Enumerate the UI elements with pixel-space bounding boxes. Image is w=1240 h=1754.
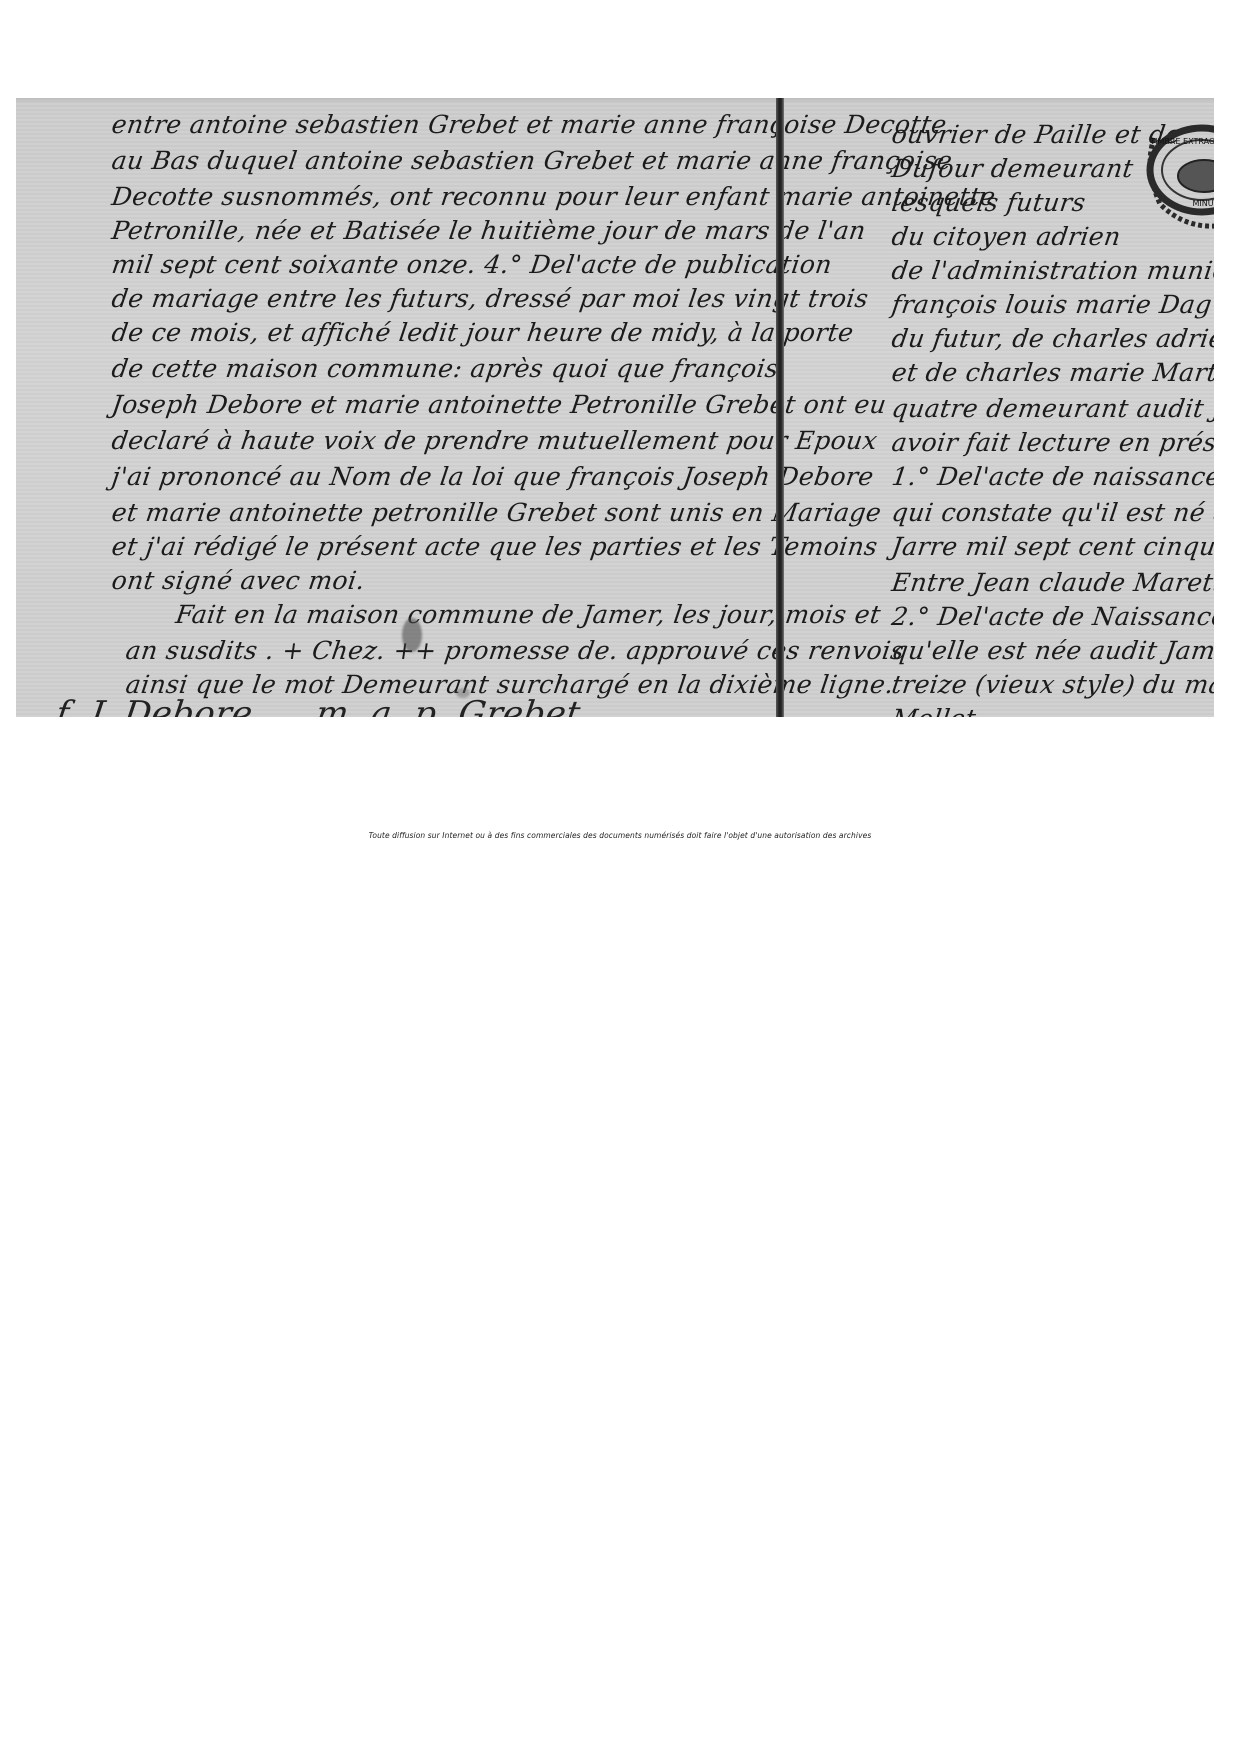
- handwritten-line: et j'ai rédigé le présent acte que les p…: [110, 532, 880, 561]
- ink-stain: [456, 688, 470, 698]
- handwritten-line: avoir fait lecture en présence de: [890, 428, 1214, 457]
- handwritten-line: 1.° Del'acte de naissance de J: [890, 462, 1214, 491]
- copyright-notice: Toute diffusion sur Internet ou à des fi…: [0, 831, 1240, 840]
- signature-groom: f. J. Debore: [53, 694, 255, 717]
- handwritten-line: et marie antoinette petronille Grebet so…: [110, 498, 883, 527]
- svg-text:MINUTE: MINUTE: [1192, 199, 1214, 208]
- handwritten-line: du citoyen adrien: [890, 222, 1123, 251]
- handwritten-line: treize (vieux style) du mariage: [890, 670, 1214, 699]
- right-page: ouvrier de Paille et de Dufour demeurant…: [784, 98, 1214, 717]
- handwritten-line: du futur, de charles adrien: [890, 324, 1214, 353]
- handwritten-line: et de charles marie Martin: [890, 358, 1214, 387]
- handwritten-line: qu'elle est née audit Jamer le tre: [890, 636, 1214, 665]
- handwritten-line: lesquels futurs: [890, 188, 1088, 217]
- handwritten-line: 2.° Del'acte de Naissance de: [890, 602, 1214, 631]
- handwritten-line: quatre demeurant audit Jamer: [890, 394, 1214, 423]
- handwritten-line: ont signé avec moi.: [110, 566, 367, 595]
- left-page: entre antoine sebastien Grebet et marie …: [16, 98, 776, 717]
- handwritten-line: Entre Jean claude Marett: [890, 568, 1214, 597]
- scanned-document-image: entre antoine sebastien Grebet et marie …: [16, 98, 1214, 717]
- handwritten-line: j'ai prononcé au Nom de la loi que franç…: [110, 462, 876, 491]
- handwritten-line: Mollet: [890, 704, 978, 717]
- signature-bride: m. a. p. Grebet: [313, 694, 583, 717]
- handwritten-line: Petronille, née et Batisée le huitième j…: [110, 216, 868, 245]
- svg-text:TIMBRE EXTRAORDINAIRE: TIMBRE EXTRAORDINAIRE: [1149, 137, 1214, 146]
- handwritten-line: Jarre mil sept cent cinquante: [890, 532, 1214, 561]
- handwritten-line: de l'administration municipale: [890, 256, 1214, 285]
- handwritten-line: françois louis marie Dag: [890, 290, 1214, 319]
- handwritten-line: de mariage entre les futurs, dressé par …: [110, 284, 870, 313]
- binding-gutter: [776, 98, 784, 717]
- stamp-seal-icon: TIMBRE EXTRAORDINAIRE MINUTE: [1124, 108, 1214, 258]
- handwritten-line: declaré à haute voix de prendre mutuelle…: [110, 426, 879, 455]
- handwritten-line: de cette maison commune: après quoi que …: [110, 354, 780, 383]
- handwritten-line: de ce mois, et affiché ledit jour heure …: [110, 318, 856, 347]
- ink-stain: [402, 618, 422, 652]
- handwritten-line: Joseph Debore et marie antoinette Petron…: [110, 390, 888, 419]
- handwritten-line: qui constate qu'il est né à Pr: [890, 498, 1214, 527]
- handwritten-line: mil sept cent soixante onze. 4.° Del'act…: [110, 250, 834, 279]
- handwritten-line: Dufour demeurant: [890, 154, 1135, 183]
